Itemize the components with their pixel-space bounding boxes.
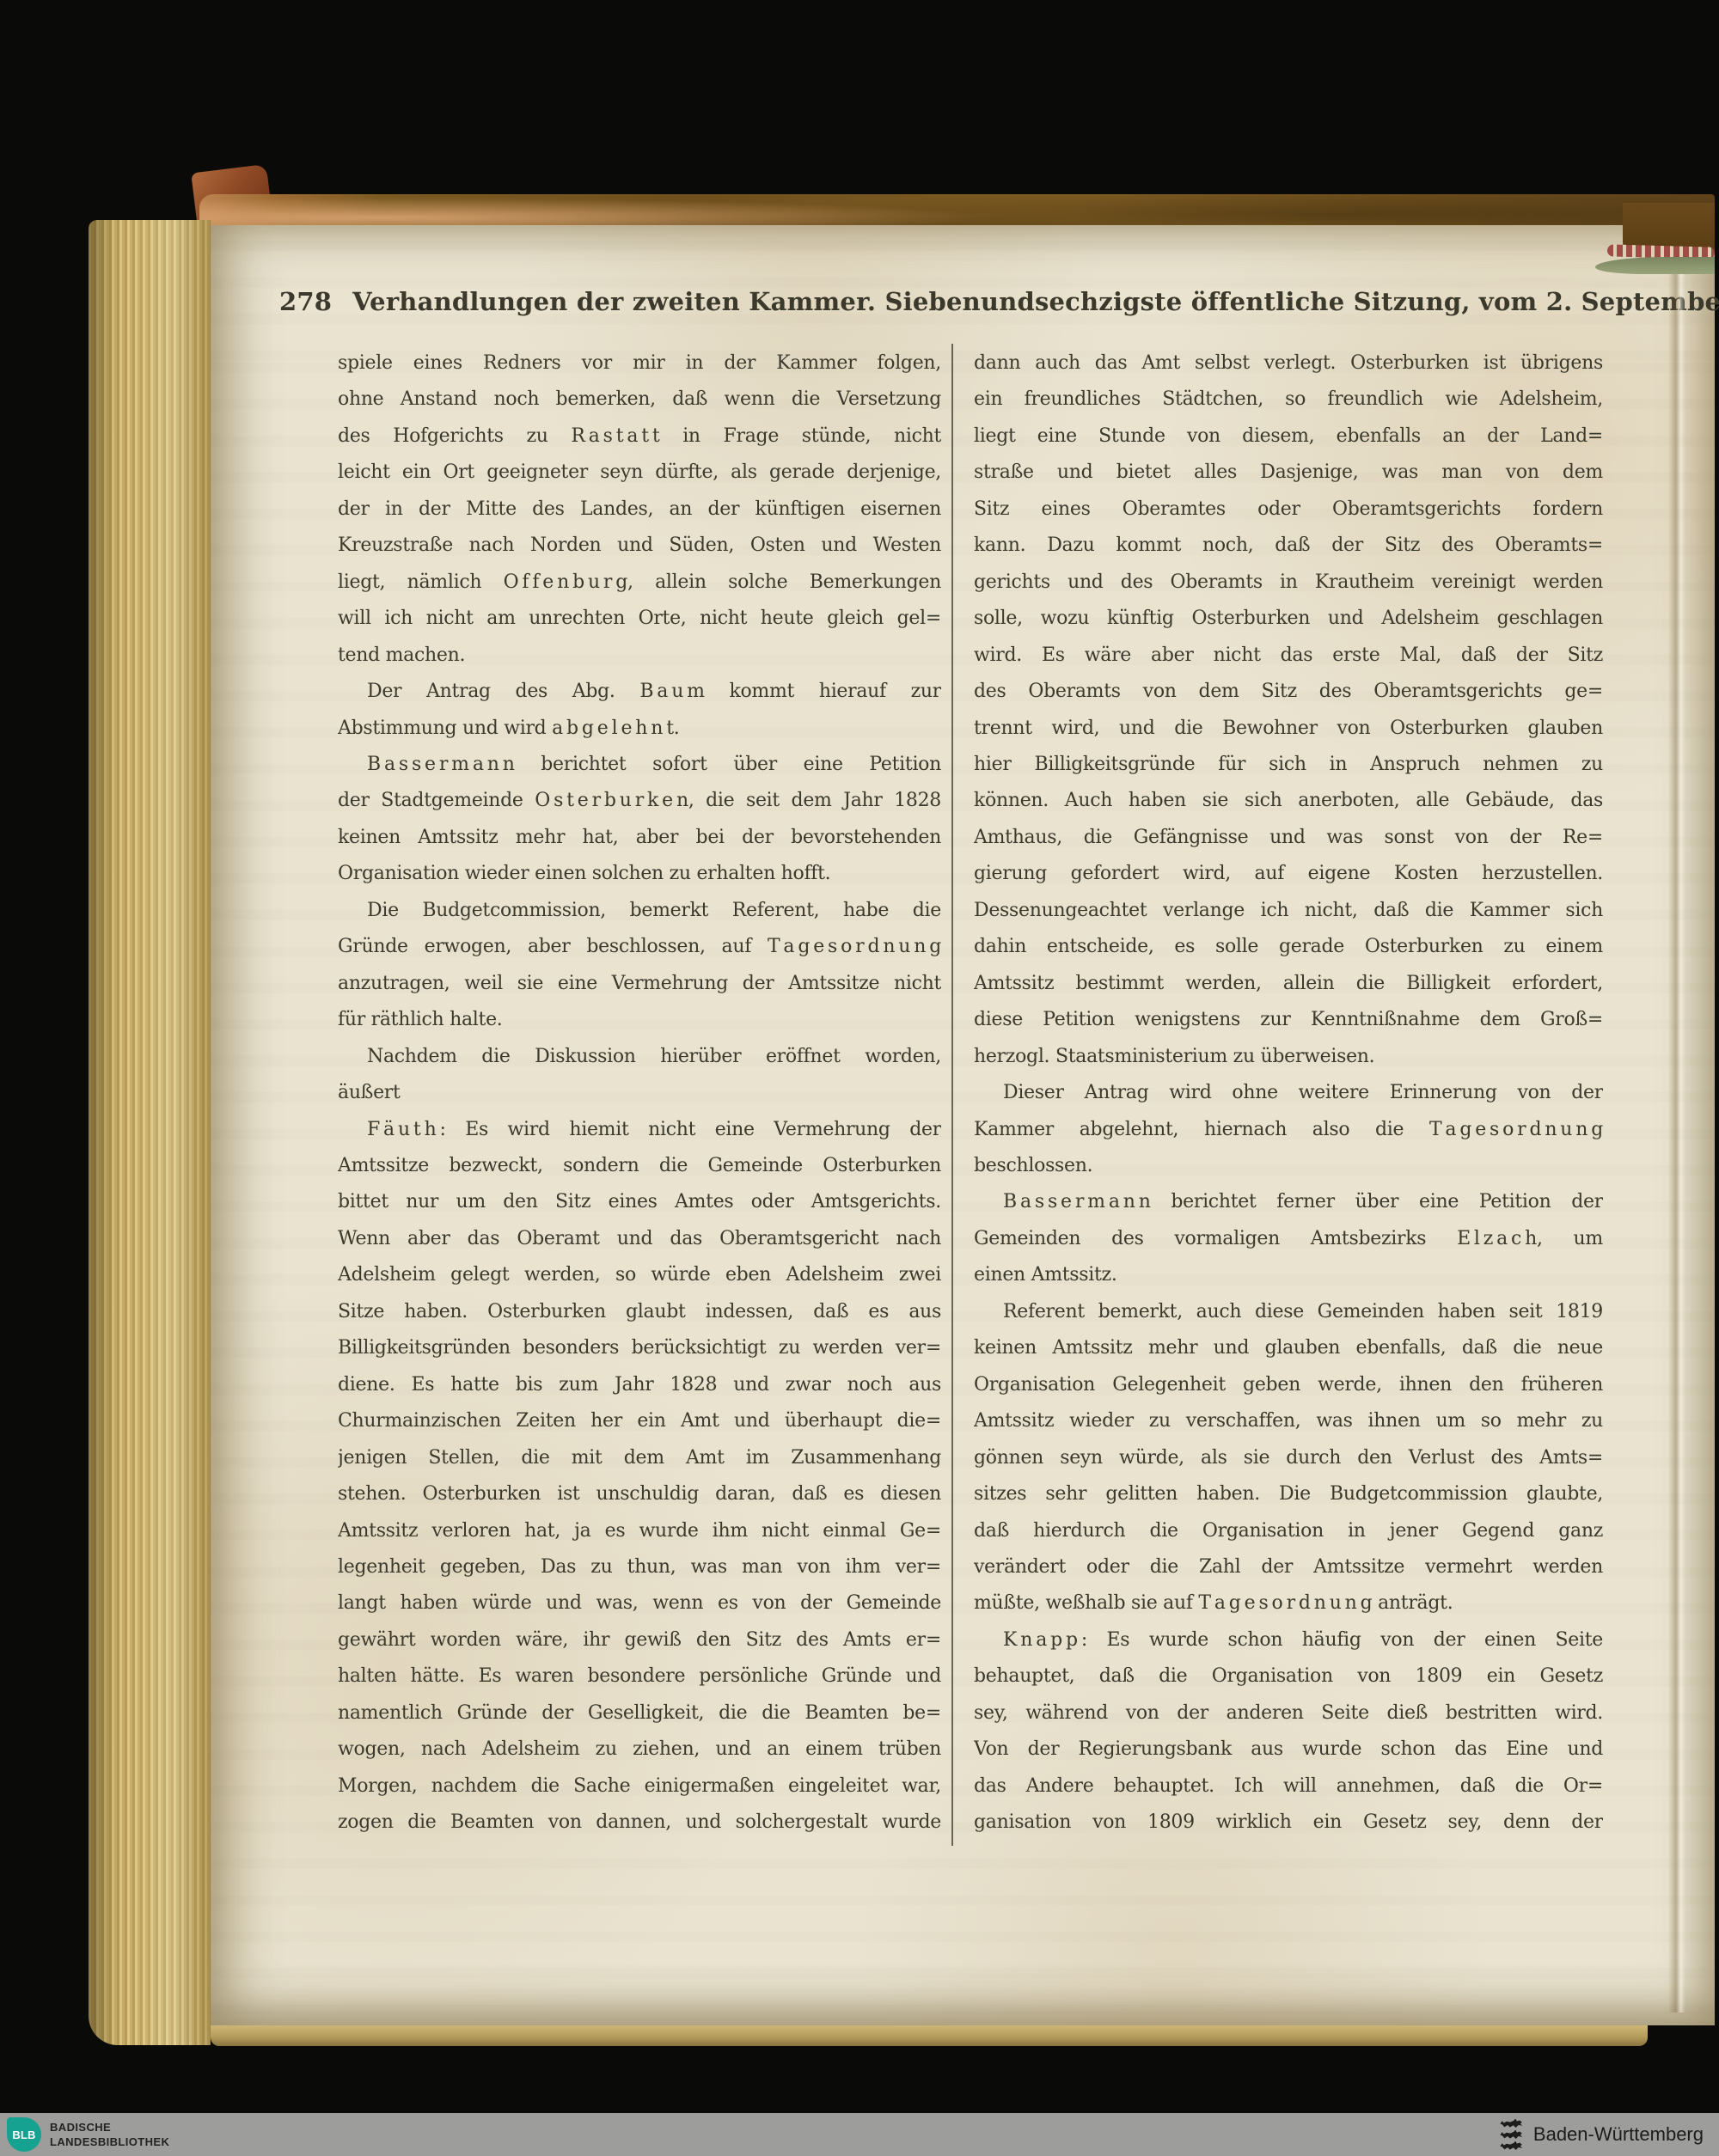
header-title: Verhandlungen der zweiten Kammer. Sieben…: [352, 287, 1719, 316]
text-line: kann. Dazu kommt noch, daß der Sitz des …: [974, 528, 1603, 564]
text-line: hier Billigkeitsgründe für sich in Anspr…: [974, 747, 1603, 783]
gutter-fold: [1668, 251, 1685, 2012]
text-line: gönnen seyn würde, als sie durch den Ver…: [974, 1440, 1603, 1476]
text-line: Kreuzstraße nach Norden und Süden, Osten…: [338, 528, 941, 564]
text-line: äußert: [338, 1075, 941, 1111]
text-line: keinen Amtssitz mehr und glauben ebenfal…: [974, 1330, 1603, 1366]
text-line: wogen, nach Adelsheim zu ziehen, und an …: [338, 1732, 941, 1768]
text-line: der in der Mitte des Landes, an der künf…: [338, 492, 941, 528]
text-line: Dessenungeachtet verlange ich nicht, daß…: [974, 893, 1603, 929]
text-line: gierung gefordert wird, auf eigene Koste…: [974, 856, 1603, 892]
text-line: ein freundliches Städtchen, so freundlic…: [974, 382, 1603, 418]
text-line: Wenn aber das Oberamt und das Oberamtsge…: [338, 1221, 941, 1257]
text-line: dann auch das Amt selbst verlegt. Osterb…: [974, 345, 1603, 382]
text-line: gerichts und des Oberamts in Krautheim v…: [974, 565, 1603, 601]
text-line: verändert oder die Zahl der Amtssitze ve…: [974, 1549, 1603, 1585]
text-line: Amtssitz bestimmt werden, allein die Bil…: [974, 966, 1603, 1002]
text-line: sitzes sehr gelitten haben. Die Budgetco…: [974, 1476, 1603, 1512]
text-line: B a s s e r m a n n berichtet sofort übe…: [338, 747, 941, 783]
text-line: daß hierdurch die Organisation in jener …: [974, 1513, 1603, 1549]
text-line: spiele eines Redners vor mir in der Kamm…: [338, 345, 941, 382]
text-line: B a s s e r m a n n berichtet ferner übe…: [974, 1184, 1603, 1220]
text-line: können. Auch haben sie sich anerboten, a…: [974, 783, 1603, 819]
text-line: Dieser Antrag wird ohne weitere Erinneru…: [974, 1075, 1603, 1111]
text-line: liegt eine Stunde von diesem, ebenfalls …: [974, 418, 1603, 455]
page-header: 278Verhandlungen der zweiten Kammer. Sie…: [279, 287, 1483, 316]
text-line: Amtssitz wieder zu verschaffen, was ihne…: [974, 1403, 1603, 1439]
bw-label: Baden-Württemberg: [1533, 2123, 1704, 2146]
lion-icon: [1500, 2130, 1523, 2140]
bw-brand: Baden-Württemberg: [1500, 2113, 1704, 2156]
text-line: Billigkeitsgründen besonders berücksicht…: [338, 1330, 941, 1366]
text-line: solle, wozu künftig Osterburken und Adel…: [974, 601, 1603, 637]
text-line: legenheit gegeben, Das zu thun, was man …: [338, 1549, 941, 1585]
lion-icon: [1500, 2119, 1523, 2129]
text-line: Morgen, nachdem die Sache einigermaßen e…: [338, 1768, 941, 1805]
text-line: F ä u t h : Es wird hiemit nicht eine Ve…: [338, 1112, 941, 1148]
text-line: Der Antrag des Abg. B a u m kommt hierau…: [338, 674, 941, 710]
text-line: Die Budgetcommission, bemerkt Referent, …: [338, 893, 941, 929]
text-line: straße und bietet alles Dasjenige, was m…: [974, 455, 1603, 491]
text-line: beschlossen.: [974, 1148, 1603, 1184]
text-line: gewährt worden wäre, ihr gewiß den Sitz …: [338, 1622, 941, 1658]
text-line: Amthaus, die Gefängnisse und was sonst v…: [974, 820, 1603, 856]
text-line: trennt wird, und die Bewohner von Osterb…: [974, 711, 1603, 747]
text-line: Amtssitze bezweckt, sondern die Gemeinde…: [338, 1148, 941, 1184]
text-line: langt haben würde und was, wenn es von d…: [338, 1585, 941, 1622]
text-line: einen Amtssitz.: [974, 1257, 1603, 1293]
text-line: behauptet, daß die Organisation von 1809…: [974, 1658, 1603, 1695]
text-line: anzutragen, weil sie eine Vermehrung der…: [338, 966, 941, 1002]
text-line: Sitze haben. Osterburken glaubt indessen…: [338, 1294, 941, 1330]
text-line: keinen Amtssitz mehr hat, aber bei der b…: [338, 820, 941, 856]
text-line: Gemeinden des vormaligen Amtsbezirks E l…: [974, 1221, 1603, 1257]
text-line: will ich nicht am unrechten Orte, nicht …: [338, 601, 941, 637]
text-line: Adelsheim gelegt werden, so würde eben A…: [338, 1257, 941, 1293]
text-line: des Oberamts von dem Sitz des Oberamtsge…: [974, 674, 1603, 710]
text-line: Von der Regierungsbank aus wurde schon d…: [974, 1732, 1603, 1768]
text-line: des Hofgerichts zu R a s t a t t in Frag…: [338, 418, 941, 455]
blb-logo-text: BLB: [12, 2129, 35, 2141]
library-name-line1: BADISCHE: [50, 2120, 169, 2135]
text-line: ganisation von 1809 wirklich ein Gesetz …: [974, 1805, 1603, 1841]
text-line: jenigen Stellen, die mit dem Amt im Zusa…: [338, 1440, 941, 1476]
text-line: Kammer abgelehnt, hiernach also die T a …: [974, 1112, 1603, 1148]
text-column-left: spiele eines Redners vor mir in der Kamm…: [338, 345, 941, 1841]
text-line: dahin entscheide, es solle gerade Osterb…: [974, 929, 1603, 965]
text-line: Sitz eines Oberamtes oder Oberamtsgerich…: [974, 492, 1603, 528]
text-line: ohne Anstand noch bemerken, daß wenn die…: [338, 382, 941, 418]
column-divider: [951, 344, 953, 1846]
text-line: diese Petition wenigstens zur Kenntnißna…: [974, 1002, 1603, 1038]
text-line: Churmainzischen Zeiten her ein Amt und ü…: [338, 1403, 941, 1439]
text-column-right: dann auch das Amt selbst verlegt. Osterb…: [974, 345, 1603, 1841]
endband: [1595, 257, 1715, 274]
footer-bar: BLB BADISCHE LANDESBIBLIOTHEK Baden-Würt…: [0, 2113, 1719, 2156]
text-line: Referent bemerkt, auch diese Gemeinden h…: [974, 1294, 1603, 1330]
text-line: diene. Es hatte bis zum Jahr 1828 und zw…: [338, 1367, 941, 1403]
text-line: der Stadtgemeinde O s t e r b u r k e n,…: [338, 783, 941, 819]
text-line: K n a p p : Es wurde schon häufig von de…: [974, 1622, 1603, 1658]
page-block-fore-edge: [89, 220, 211, 2045]
text-line: herzogl. Staatsministerium zu überweisen…: [974, 1039, 1603, 1075]
library-name: BADISCHE LANDESBIBLIOTHEK: [50, 2120, 169, 2149]
text-line: zogen die Beamten von dannen, und solche…: [338, 1805, 941, 1841]
text-line: liegt, nämlich O f f e n b u r g, allein…: [338, 565, 941, 601]
text-line: Abstimmung und wird a b g e l e h n t.: [338, 711, 941, 747]
text-line: namentlich Gründe der Geselligkeit, die …: [338, 1695, 941, 1732]
page-block-bottom-edge: [211, 2025, 1648, 2046]
bw-coat-of-arms: [1500, 2119, 1523, 2151]
text-line: Organisation Gelegenheit geben werde, ih…: [974, 1367, 1603, 1403]
text-line: das Andere behauptet. Ich will annehmen,…: [974, 1768, 1603, 1805]
text-line: wird. Es wäre aber nicht das erste Mal, …: [974, 638, 1603, 674]
text-line: stehen. Osterburken ist unschuldig daran…: [338, 1476, 941, 1512]
text-line: tend machen.: [338, 638, 941, 674]
text-line: Nachdem die Diskussion hierüber eröffnet…: [338, 1039, 941, 1075]
library-name-line2: LANDESBIBLIOTHEK: [50, 2135, 169, 2149]
text-line: müßte, weßhalb sie auf T a g e s o r d n…: [974, 1585, 1603, 1622]
text-line: Gründe erwogen, aber beschlossen, auf T …: [338, 929, 941, 965]
blb-logo: BLB: [7, 2117, 41, 2152]
text-line: sey, während von der anderen Seite dieß …: [974, 1695, 1603, 1732]
text-line: halten hätte. Es waren besondere persönl…: [338, 1658, 941, 1695]
page-number: 278: [279, 287, 332, 316]
book-page: 278Verhandlungen der zweiten Kammer. Sie…: [211, 225, 1715, 2025]
text-line: leicht ein Ort geeigneter seyn dürfte, a…: [338, 455, 941, 491]
lion-icon: [1500, 2141, 1523, 2151]
text-line: für räthlich halte.: [338, 1002, 941, 1038]
book-scan-photo: 278Verhandlungen der zweiten Kammer. Sie…: [0, 0, 1719, 2156]
text-line: bittet nur um den Sitz eines Amtes oder …: [338, 1184, 941, 1220]
text-line: Organisation wieder einen solchen zu erh…: [338, 856, 941, 892]
text-line: Amtssitz verloren hat, ja es wurde ihm n…: [338, 1513, 941, 1549]
